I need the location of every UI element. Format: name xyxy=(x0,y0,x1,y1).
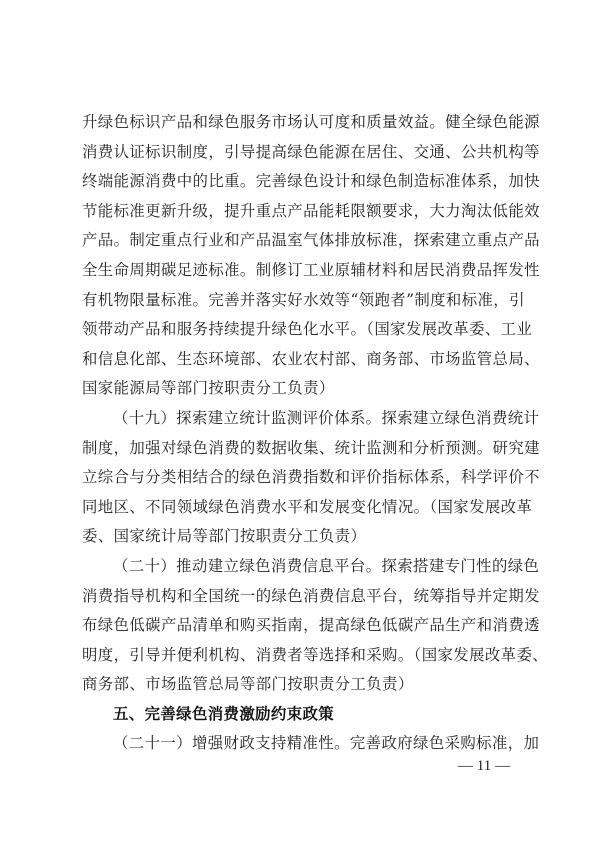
paragraph-line: 制度，加强对绿色消费的数据收集、统计监测和分析预测。研究建 xyxy=(82,434,520,464)
paragraph-line: 和信息化部、生态环境部、农业农村部、商务部、市场监管总局、 xyxy=(82,345,520,375)
paragraph-line: 布绿色低碳产品清单和购买指南，提高绿色低碳产品生产和消费透 xyxy=(82,611,520,641)
paragraph-line: 有机物限量标准。完善并落实好水效等“领跑者”制度和标准，引 xyxy=(82,286,520,316)
paragraph-line: 同地区、不同领域绿色消费水平和发展变化情况。（国家发展改革 xyxy=(82,493,520,523)
paragraph-line: 消费指导机构和全国统一的绿色消费信息平台，统筹指导并定期发 xyxy=(82,582,520,612)
document-page: 升绿色标识产品和绿色服务市场认可度和质量效益。健全绿色能源 消费认证标识制度，引… xyxy=(82,108,520,759)
section-20-title-line: （二十）推动建立绿色消费信息平台。探索搭建专门性的绿色 xyxy=(82,552,520,582)
paragraph-line: 立综合与分类相结合的绿色消费指数和评价指标体系，科学评价不 xyxy=(82,463,520,493)
paragraph-line: 明度，引导并便利机构、消费者等选择和采购。（国家发展改革委、 xyxy=(82,641,520,671)
paragraph-line: 领带动产品和服务持续提升绿色化水平。（国家发展改革委、工业 xyxy=(82,315,520,345)
paragraph-line: 消费认证标识制度，引导提高绿色能源在居住、交通、公共机构等 xyxy=(82,138,520,168)
section-heading: 五、完善绿色消费激励约束政策 xyxy=(82,700,520,730)
paragraph-line: 商务部、市场监管总局等部门按职责分工负责） xyxy=(82,670,520,700)
paragraph-line: 升绿色标识产品和绿色服务市场认可度和质量效益。健全绿色能源 xyxy=(82,108,520,138)
paragraph-line: 节能标准更新升级，提升重点产品能耗限额要求，大力淘汰低能效 xyxy=(82,197,520,227)
paragraph-line: 委、国家统计局等部门按职责分工负责） xyxy=(82,522,520,552)
paragraph-line: 全生命周期碳足迹标准。制修订工业原辅材料和居民消费品挥发性 xyxy=(82,256,520,286)
paragraph-line: 终端能源消费中的比重。完善绿色设计和绿色制造标准体系，加快 xyxy=(82,167,520,197)
section-19-title-line: （十九）探索建立统计监测评价体系。探索建立绿色消费统计 xyxy=(82,404,520,434)
paragraph-line: 国家能源局等部门按职责分工负责） xyxy=(82,374,520,404)
paragraph-line: 产品。制定重点行业和产品温室气体排放标准，探索建立重点产品 xyxy=(82,226,520,256)
page-number: — 11 — xyxy=(458,758,510,775)
section-21-title-line: （二十一）增强财政支持精准性。完善政府绿色采购标准，加 xyxy=(82,729,520,759)
